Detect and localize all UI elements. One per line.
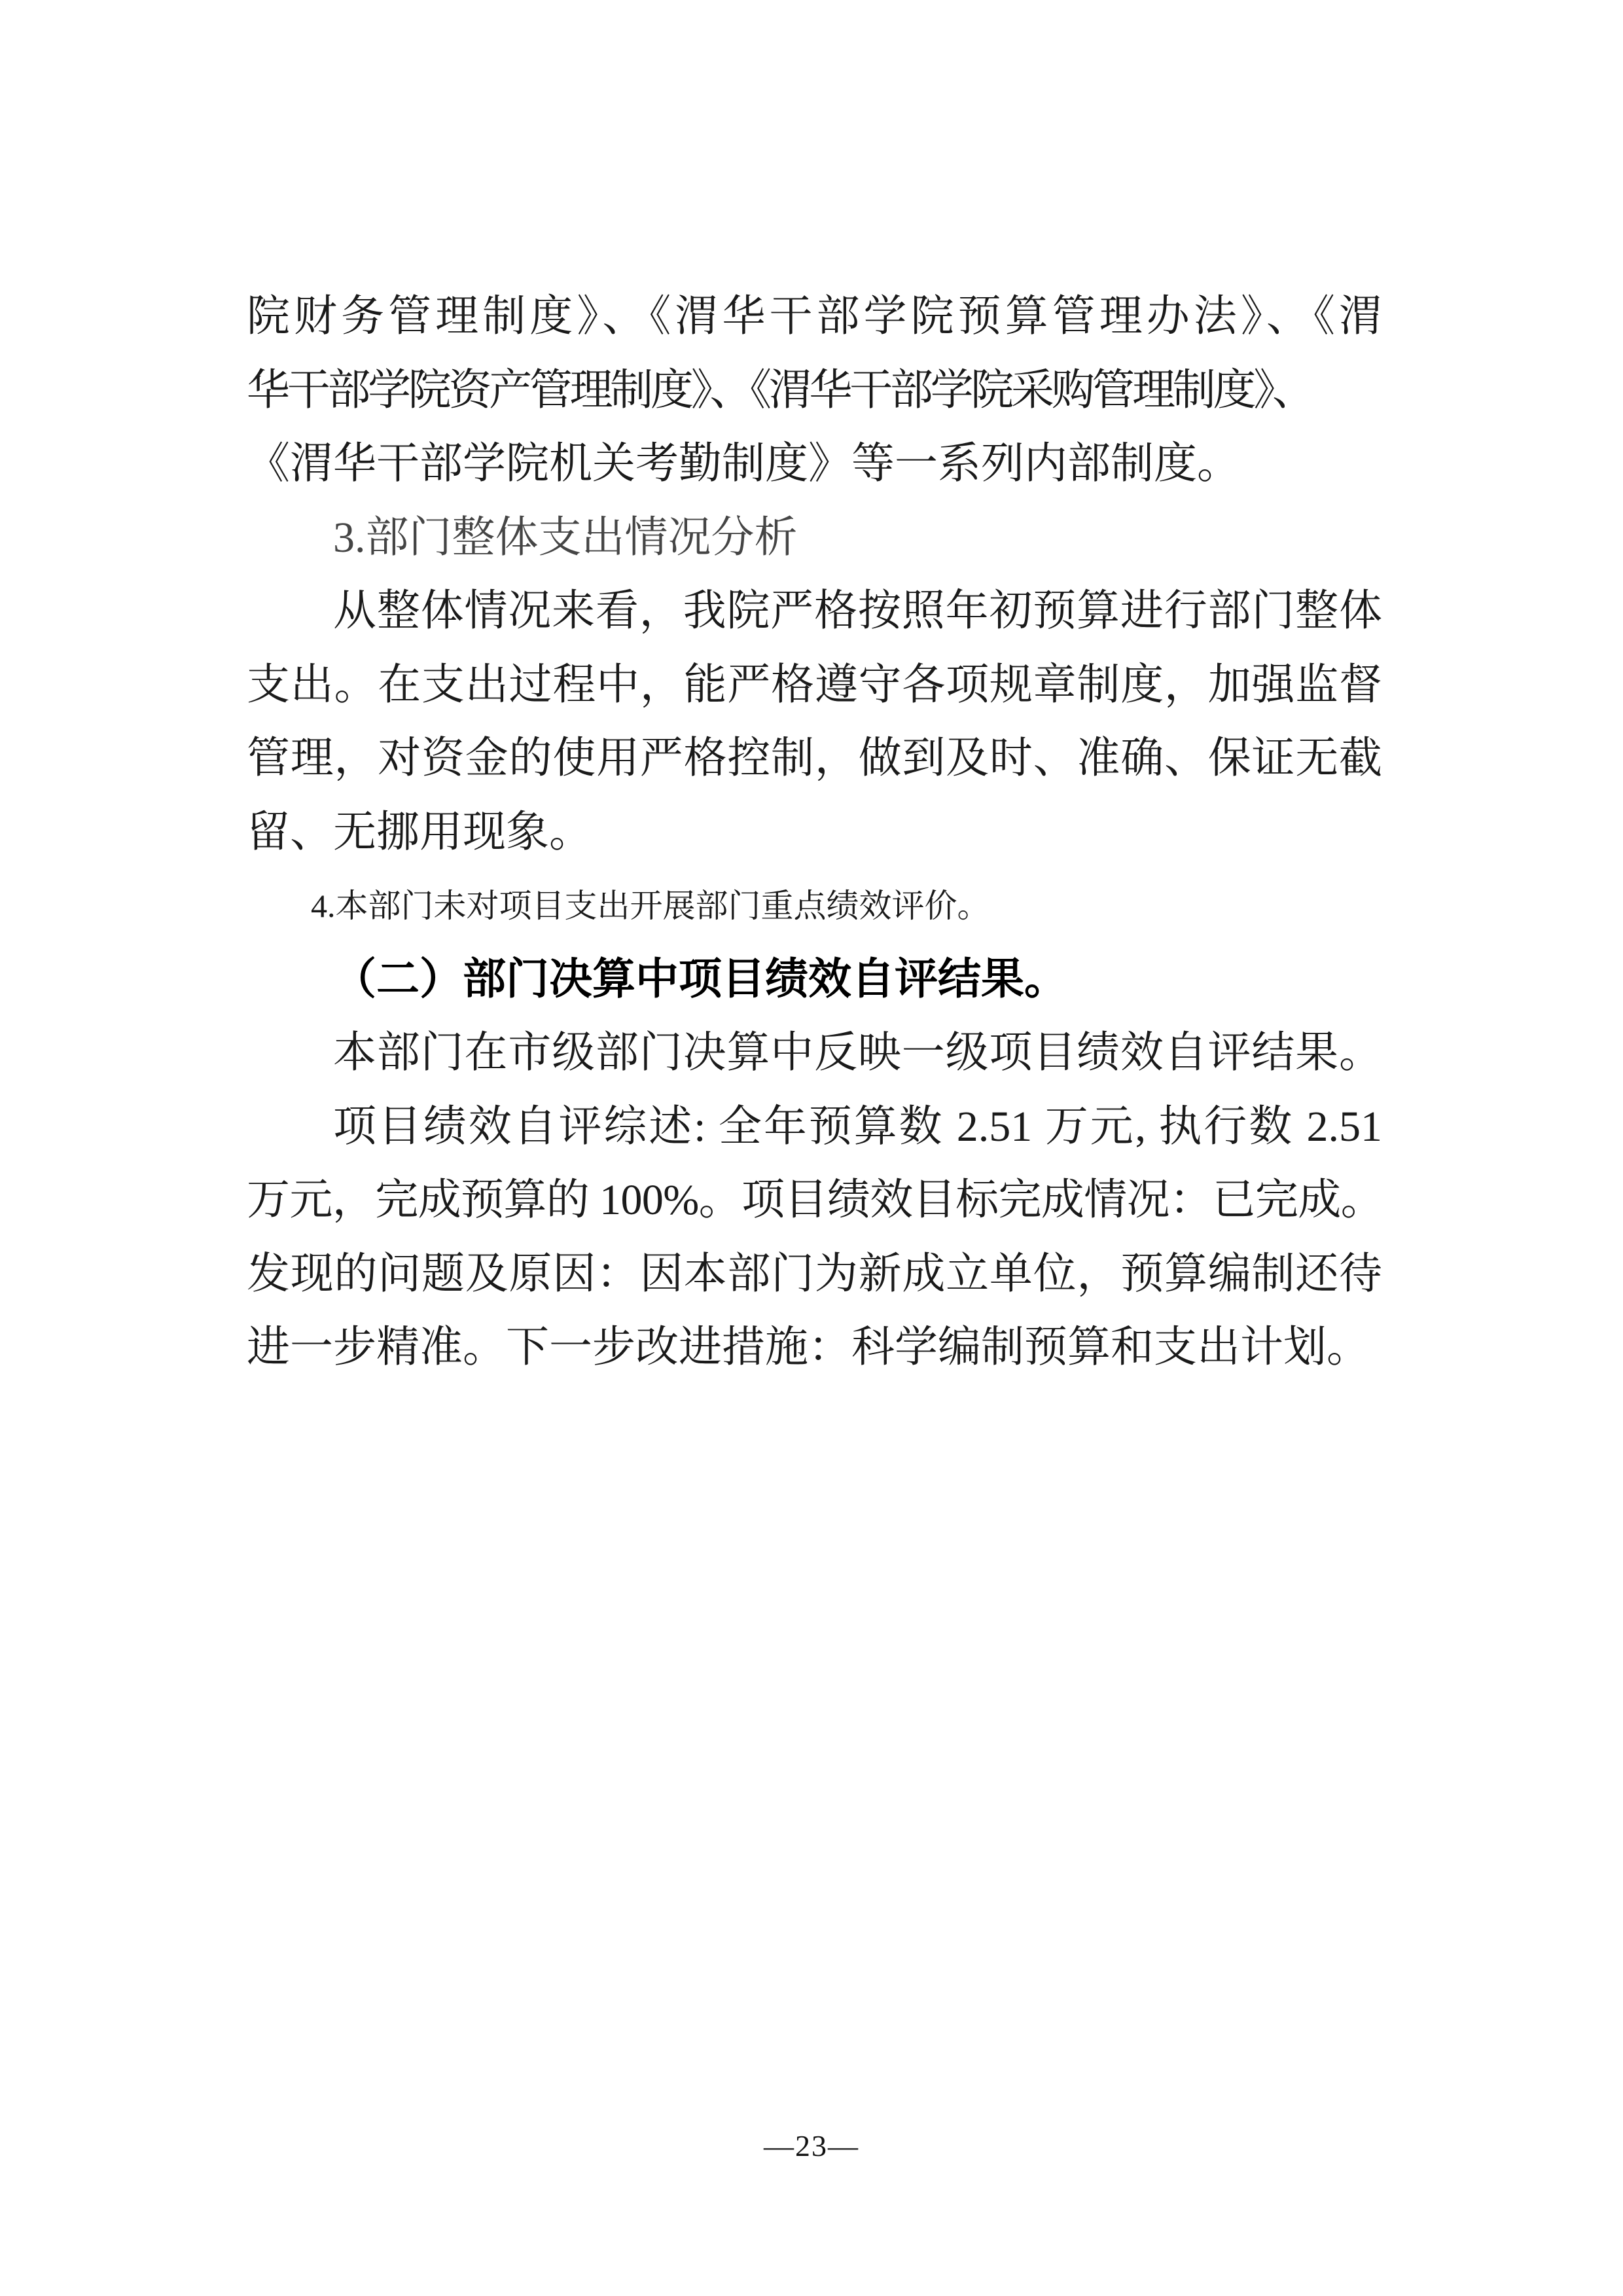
para-line: 留、无挪用现象。: [247, 796, 1382, 870]
section-heading: 3.部门整体支出情况分析: [247, 501, 1382, 575]
subsection-heading: （二）部门决算中项目绩效自评结果。: [247, 943, 1382, 1017]
para-line: 支出。在支出过程中，能严格遵守各项规章制度，加强监督: [247, 649, 1382, 723]
para-line: 院财务管理制度》、《渭华干部学院预算管理办法》、《渭: [247, 280, 1382, 354]
para-line: 管理，对资金的使用严格控制，做到及时、准确、保证无截: [247, 722, 1382, 796]
para-line: 本部门在市级部门决算中反映一级项目绩效自评结果。: [247, 1016, 1382, 1090]
footnote-line: 4.本部门未对项目支出开展部门重点绩效评价。: [247, 869, 1382, 943]
para-line: 《渭华干部学院机关考勤制度》等一系列内部制度。: [247, 427, 1382, 501]
page-number: —23—: [0, 2128, 1623, 2163]
para-line: 从整体情况来看，我院严格按照年初预算进行部门整体: [247, 575, 1382, 649]
para-line: 进一步精准。下一步改进措施：科学编制预算和支出计划。: [247, 1311, 1382, 1385]
document-page: 院财务管理制度》、《渭华干部学院预算管理办法》、《渭 华干部学院资产管理制度》、…: [0, 0, 1623, 2296]
para-line: 华干部学院资产管理制度》、《渭华干部学院采购管理制度》、: [247, 354, 1382, 428]
para-line: 万元，完成预算的 100%。项目绩效目标完成情况：已完成。: [247, 1164, 1382, 1238]
para-line: 发现的问题及原因：因本部门为新成立单位，预算编制还待: [247, 1238, 1382, 1312]
para-line: 项目绩效自评综述: 全年预算数 2.51 万元, 执行数 2.51: [247, 1090, 1382, 1164]
document-body: 院财务管理制度》、《渭华干部学院预算管理办法》、《渭 华干部学院资产管理制度》、…: [247, 280, 1382, 1385]
